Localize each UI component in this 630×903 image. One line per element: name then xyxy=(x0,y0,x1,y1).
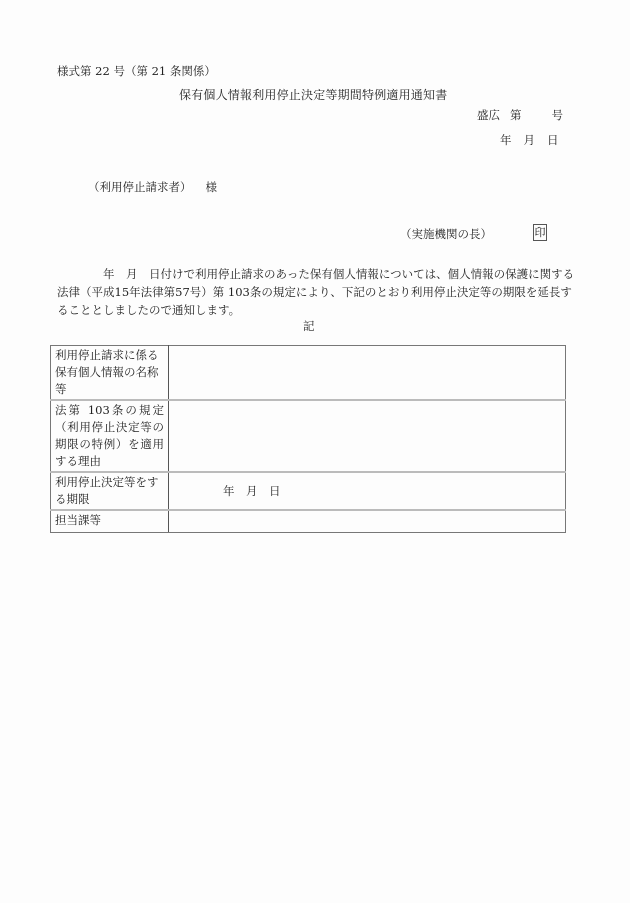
deadline-date: 年 月 日 xyxy=(173,484,281,498)
ki-heading: 記 xyxy=(303,318,315,335)
row-value-reason[interactable] xyxy=(169,400,566,472)
details-table: 利用停止請求に係る保有個人情報の名称等 法第 103条の規定（利用停止決定等の期… xyxy=(50,345,566,533)
row-value-deadline[interactable]: 年 月 日 xyxy=(169,472,566,510)
row-label: 利用停止決定等をする期限 xyxy=(51,472,169,510)
reference-go: 号 xyxy=(552,107,564,124)
addressee: （利用停止請求者）様 xyxy=(88,179,217,196)
table-row: 法第 103条の規定（利用停止決定等の期限の特例）を適用する理由 xyxy=(51,400,566,472)
seal-mark: 印 xyxy=(533,224,547,241)
notice-body: 年 月 日付けで利用停止請求のあった保有個人情報については、個人情報の保護に関す… xyxy=(57,265,577,319)
reference-prefix: 盛広 xyxy=(477,107,500,124)
row-value-info-name[interactable] xyxy=(169,346,566,401)
reference-dai: 第 xyxy=(510,107,522,124)
row-label: 利用停止請求に係る保有個人情報の名称等 xyxy=(51,346,169,401)
date-day: 日 xyxy=(547,133,559,147)
issue-date: 年月日 xyxy=(500,132,559,149)
addressee-label: （利用停止請求者） xyxy=(88,180,192,194)
addressee-honorific: 様 xyxy=(206,180,218,194)
notice-paragraph: 年 月 日付けで利用停止請求のあった保有個人情報については、個人情報の保護に関す… xyxy=(57,265,577,319)
document-title: 保有個人情報利用停止決定等期間特例適用通知書 xyxy=(179,86,447,103)
form-number: 様式第 22 号（第 21 条関係） xyxy=(57,63,216,80)
reference-number: 盛広第号 xyxy=(477,107,563,124)
row-label: 担当課等 xyxy=(51,510,169,532)
table-row: 利用停止決定等をする期限 年 月 日 xyxy=(51,472,566,510)
row-label: 法第 103条の規定（利用停止決定等の期限の特例）を適用する理由 xyxy=(51,400,169,472)
table-row: 利用停止請求に係る保有個人情報の名称等 xyxy=(51,346,566,401)
date-year: 年 xyxy=(500,133,512,147)
row-value-department[interactable] xyxy=(169,510,566,532)
issuer-label: （実施機関の長） xyxy=(400,226,492,243)
date-month: 月 xyxy=(524,133,536,147)
table-row: 担当課等 xyxy=(51,510,566,532)
